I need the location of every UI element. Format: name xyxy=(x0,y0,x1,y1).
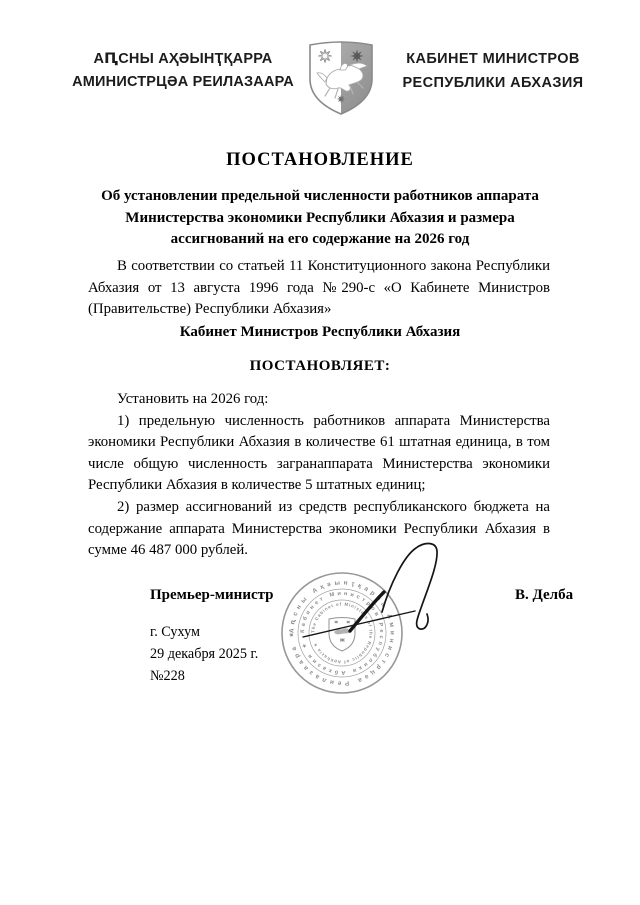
body-item-2: 2) размер ассигнований из средств респуб… xyxy=(88,497,550,562)
org-name-russian: КАБИНЕТ МИНИСТРОВ РЕСПУБЛИКИ АБХАЗИЯ xyxy=(380,47,606,95)
svg-text:Кабинет Министров Республики А: Кабинет Министров Республики Абхазия ★ xyxy=(300,591,384,676)
preamble-paragraph: В соответствии со статьей 11 Конституцио… xyxy=(88,256,550,321)
org-name-abkhazian: АԤСНЫ АҲӘЫНҬҚАРРА АМИНИСТРЦӘА РЕИЛАЗААРА xyxy=(58,48,308,94)
org-russian-line1: КАБИНЕТ МИНИСТРОВ xyxy=(380,47,606,71)
subject-line: Об установлении предельной численности р… xyxy=(80,186,560,208)
stamp-center-shield xyxy=(329,618,355,652)
stamp-ring-outer-text: Аԥсны Аҳәынҭқарра Аминистрцәа Реилазаара… xyxy=(288,579,395,686)
decree-page: АԤСНЫ АҲӘЫНҬҚАРРА АМИНИСТРЦӘА РЕИЛАЗААРА xyxy=(0,0,640,905)
signer-position: Премьер-министр xyxy=(150,587,274,604)
preamble-block: В соответствии со статьей 11 Конституцио… xyxy=(88,256,550,321)
body-item-1: 1) предельную численность работников апп… xyxy=(88,411,550,497)
document-number: №228 xyxy=(150,668,185,685)
emblem-star-bottom xyxy=(337,95,346,104)
stamp-rings: Аԥсны Аҳәынҭқарра Аминистрцәа Реилазаара… xyxy=(282,573,402,693)
subject-line: Министерства экономики Республики Абхази… xyxy=(80,208,560,230)
issuer-line: Кабинет Министров Республики Абхазия xyxy=(0,324,640,341)
svg-text:Аԥсны Аҳәынҭқарра Аминистрцәа: Аԥсны Аҳәынҭқарра Аминистрцәа Реилазаара… xyxy=(288,579,395,686)
signer-name: В. Делба xyxy=(515,587,573,604)
org-abkhaz-line2: АМИНИСТРЦӘА РЕИЛАЗААРА xyxy=(58,71,308,94)
org-russian-line2: РЕСПУБЛИКИ АБХАЗИЯ xyxy=(380,71,606,95)
org-abkhaz-line1: АԤСНЫ АҲӘЫНҬҚАРРА xyxy=(58,48,308,71)
svg-text:The Cabinet of Ministers of th: The Cabinet of Ministers of the Republic… xyxy=(310,601,373,664)
place-line: г. Сухум xyxy=(150,624,200,641)
subject-line: ассигнований на его содержание на 2026 г… xyxy=(80,229,560,251)
body-intro: Установить на 2026 год: xyxy=(88,389,550,411)
document-subject: Об установлении предельной численности р… xyxy=(80,186,560,251)
date-line: 29 декабря 2025 г. xyxy=(150,646,258,663)
resolution-keyword: ПОСТАНОВЛЯЕТ: xyxy=(0,358,640,375)
document-title: ПОСТАНОВЛЕНИЕ xyxy=(0,150,640,171)
coat-of-arms-icon xyxy=(304,37,378,117)
stamp-ring-middle-text: Кабинет Министров Республики Абхазия ★ xyxy=(300,591,384,676)
stamp-ring-inner-text: The Cabinet of Ministers of the Republic… xyxy=(310,601,373,664)
resolution-body: Установить на 2026 год: 1) предельную чи… xyxy=(88,389,550,562)
